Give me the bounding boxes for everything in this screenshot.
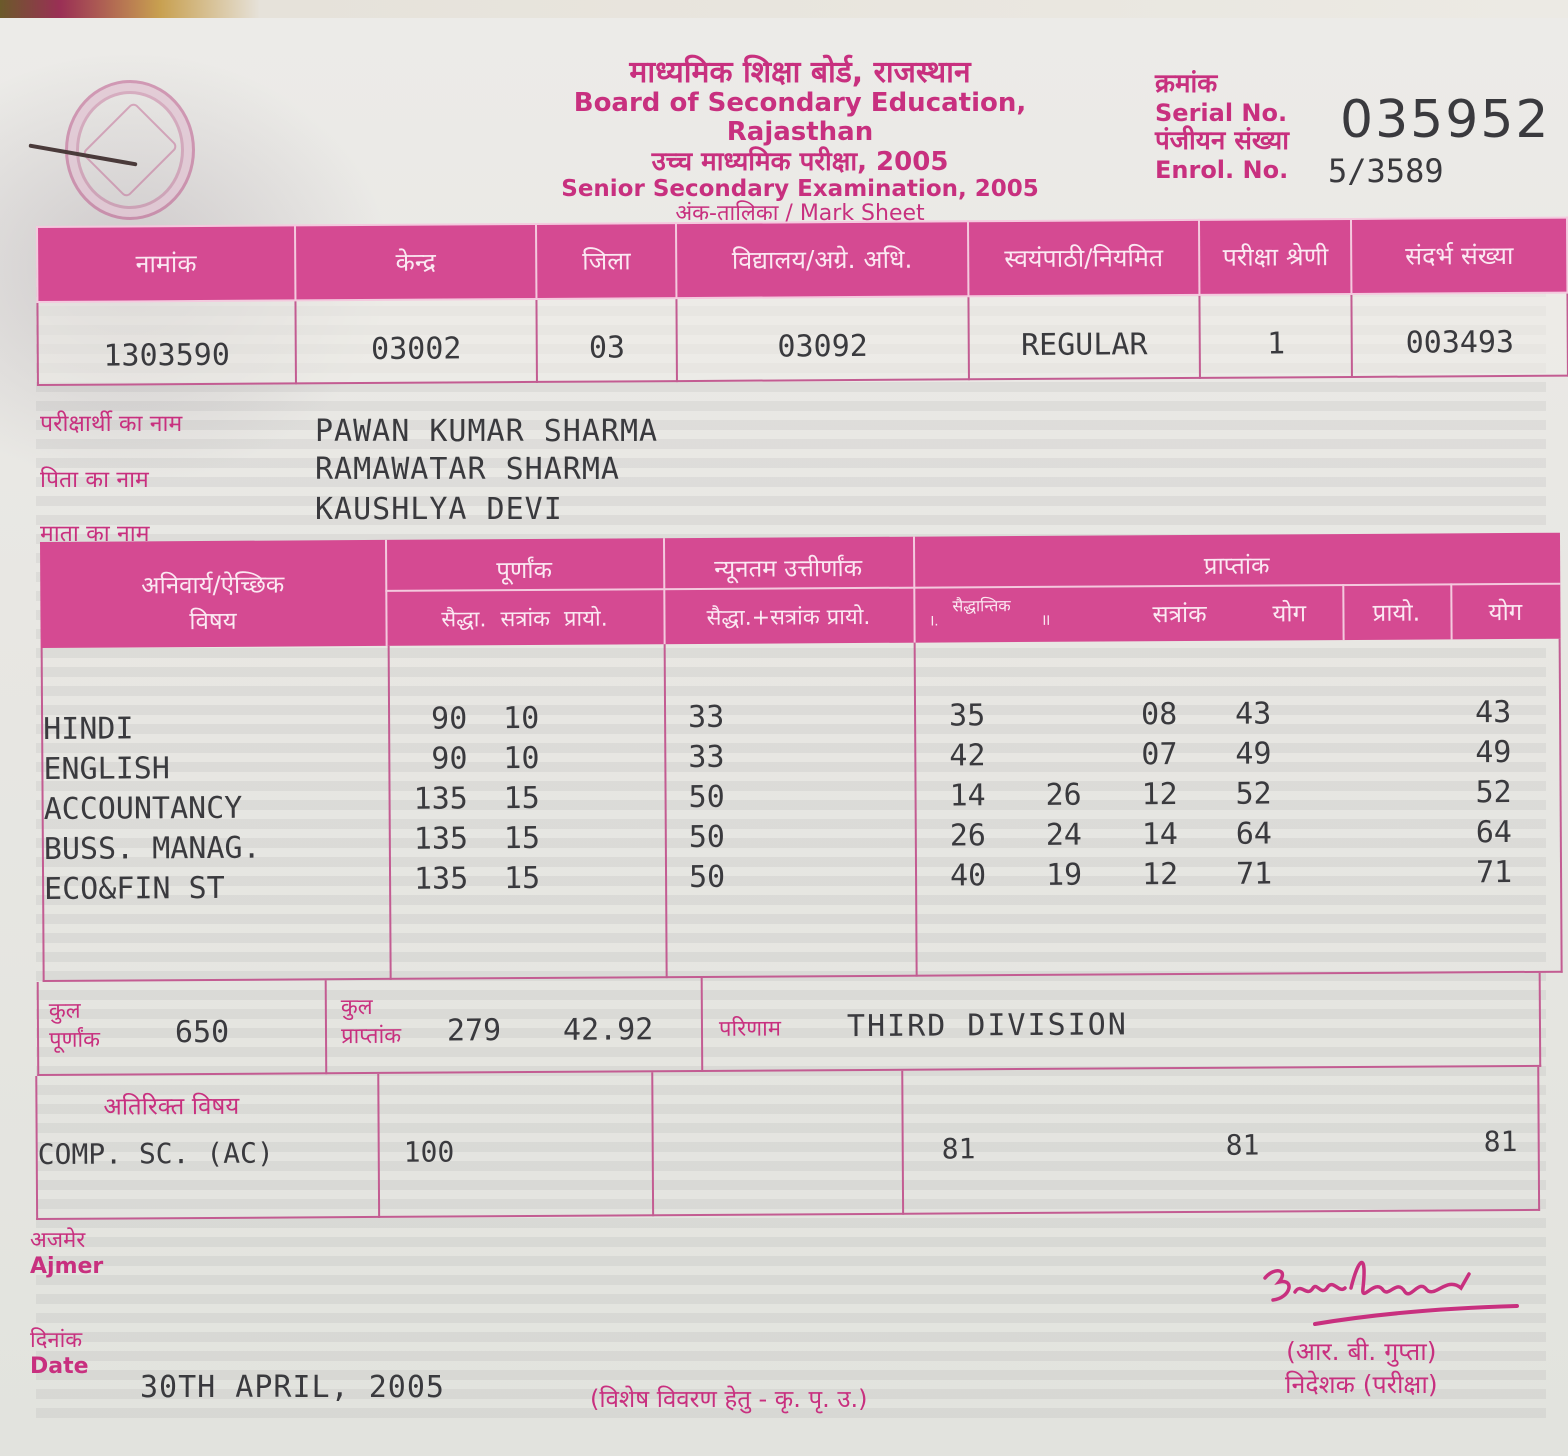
- sessional: 12: [1141, 777, 1177, 812]
- additional-theory: 81: [942, 1132, 976, 1165]
- candidate-name-value: PAWAN KUMAR SHARMA: [315, 414, 658, 449]
- signatory-name: (आर. बी. गुप्ता): [1285, 1336, 1438, 1369]
- centre-value: 03002: [295, 299, 537, 384]
- signatory-block: (आर. बी. गुप्ता) निदेशक (परीक्षा): [1285, 1336, 1438, 1401]
- grand-total: 64: [1476, 815, 1512, 850]
- exam-name-english: Senior Secondary Examination, 2005: [505, 177, 1095, 202]
- issue-date: 30TH APRIL, 2005: [140, 1370, 445, 1405]
- total-max-label-1: कुल: [49, 998, 100, 1027]
- father-name-value: RAMAWATAR SHARMA: [315, 452, 620, 487]
- additional-max-marks: 100: [404, 1135, 455, 1168]
- min-pass: 50: [689, 860, 725, 895]
- enrol-label-hindi: पंजीयन संख्या: [1155, 127, 1289, 157]
- grand-total: 49: [1475, 735, 1511, 770]
- serial-number: 035952: [1340, 90, 1551, 150]
- obtained-marks-header: प्राप्तांक: [913, 547, 1560, 584]
- serial-label-hindi: क्रमांक: [1155, 70, 1289, 100]
- max-theory: 135: [414, 821, 468, 856]
- theory-i-label: I.: [930, 615, 938, 630]
- totals-row: कुल पूर्णांक 650 कुल प्राप्तांक 279 42.9…: [37, 973, 1542, 1076]
- percentage-value: 42.92: [563, 1012, 654, 1048]
- exam-category-header: परीक्षा श्रेणी: [1199, 219, 1351, 295]
- theory-ii: 19: [1046, 858, 1082, 893]
- theory-i: 26: [950, 818, 986, 853]
- theory-i: 35: [949, 698, 985, 733]
- serial-enrol-labels: क्रमांक Serial No. पंजीयन संख्या Enrol. …: [1155, 70, 1289, 185]
- grand-total: 52: [1475, 775, 1511, 810]
- sessional: 12: [1142, 857, 1178, 892]
- serial-label-english: Serial No.: [1155, 100, 1289, 128]
- grand-total: 71: [1476, 855, 1512, 890]
- marks-table: अनिवार्य/ऐच्छिक विषय पूर्णांक सैद्धा. सत…: [40, 533, 1564, 1222]
- signatory-title: निदेशक (परीक्षा): [1285, 1369, 1438, 1402]
- grand-total-label: योग: [1450, 595, 1560, 629]
- subject-name: ENGLISH: [43, 751, 170, 787]
- min-pass-subheader: सैद्धा.+सत्रांक प्रायो.: [663, 601, 913, 633]
- emblem-diamond-icon: [81, 101, 179, 199]
- marks-table-header: अनिवार्य/ऐच्छिक विषय पूर्णांक सैद्धा. सत…: [40, 533, 1561, 648]
- sessional-label: सत्रांक: [1152, 597, 1206, 630]
- district-value: 03: [537, 298, 677, 382]
- marks-table-body: HINDI 90 10 33 35 08 43 43 ENGLISH 90 10…: [41, 639, 1563, 982]
- school-header: विद्यालय/अग्रे. अधि.: [676, 221, 968, 298]
- date-label-hindi: दिनांक: [30, 1328, 89, 1354]
- total-obtained-label-2: प्राप्तांक: [341, 1022, 401, 1051]
- exam-name-hindi: उच्च माध्यमिक परीक्षा, 2005: [505, 148, 1095, 177]
- additional-total: 81: [1226, 1129, 1260, 1162]
- subject-name: BUSS. MANAG.: [44, 831, 261, 867]
- subject-name: ACCOUNTANCY: [44, 791, 243, 827]
- result-value: THIRD DIVISION: [847, 1007, 1128, 1044]
- theory-i: 42: [949, 738, 985, 773]
- result-label: परिणाम: [719, 1015, 781, 1044]
- enrol-label-english: Enrol. No.: [1155, 157, 1289, 185]
- place-english: Ajmer: [30, 1254, 103, 1280]
- theory-ii-label: II: [1042, 614, 1050, 629]
- identity-header-row: नामांक केन्द्र जिला विद्यालय/अग्रे. अधि.…: [37, 218, 1567, 302]
- board-name-hindi: माध्यमिक शिक्षा बोर्ड, राजस्थान: [505, 56, 1095, 89]
- sessional: 08: [1141, 697, 1177, 732]
- place-hindi: अजमेर: [30, 1228, 103, 1254]
- additional-subject-label: अतिरिक्त विषय: [103, 1089, 239, 1123]
- max-marks-subheader: सैद्धा. सत्रांक प्रायो.: [385, 602, 663, 634]
- subject-total: 52: [1235, 776, 1271, 811]
- additional-grand-total: 81: [1484, 1125, 1518, 1158]
- candidate-type-value: REGULAR: [968, 295, 1200, 379]
- subject-header-line1: अनिवार्य/ऐच्छिक: [40, 566, 385, 604]
- total-max-value: 650: [175, 1015, 229, 1050]
- see-overleaf-note: (विशेष विवरण हेतु - कृ. पृ. उ.): [590, 1382, 868, 1415]
- signature-icon: [1255, 1248, 1525, 1338]
- min-pass: 33: [688, 700, 724, 735]
- subject-total: 49: [1235, 736, 1271, 771]
- min-pass: 50: [689, 820, 725, 855]
- date-label-english: Date: [30, 1354, 89, 1380]
- roll-no-value: 1303590: [37, 300, 295, 385]
- max-sessional: 15: [504, 821, 540, 856]
- father-name-label: पिता का नाम: [40, 462, 149, 494]
- board-name-english: Board of Secondary Education, Rajasthan: [505, 89, 1095, 146]
- max-theory: 135: [413, 781, 467, 816]
- total-label: योग: [1272, 596, 1306, 629]
- subject-row: ECO&FIN ST 135 15 50 40 19 12 71 71: [44, 855, 1564, 904]
- subject-total: 71: [1236, 856, 1272, 891]
- theory-ii: 24: [1046, 818, 1082, 853]
- max-sessional: 15: [503, 781, 539, 816]
- subject-name: HINDI: [43, 711, 134, 747]
- centre-header: केन्द्र: [295, 224, 537, 300]
- candidate-name-row: परीक्षार्थी का नाम PAWAN KUMAR SHARMA: [40, 406, 840, 446]
- theory-i: 14: [949, 778, 985, 813]
- max-theory: 90: [431, 741, 467, 776]
- sessional: 14: [1142, 817, 1178, 852]
- identity-value-row: 1303590 03002 03 03092 REGULAR 1 003493: [37, 293, 1567, 385]
- subject-name: ECO&FIN ST: [44, 871, 225, 907]
- candidate-type-header: स्वयंपाठी/नियमित: [968, 220, 1200, 296]
- enrol-number: 5/3589: [1328, 152, 1444, 190]
- subject-total: 64: [1236, 816, 1272, 851]
- candidate-name-label: परीक्षार्थी का नाम: [40, 406, 182, 438]
- additional-subject-row: अतिरिक्त विषय COMP. SC. (AC) 100 81 81 8…: [35, 1067, 1540, 1220]
- total-obtained-value: 279: [447, 1013, 501, 1048]
- theory-i: 40: [950, 858, 986, 893]
- practical-label: प्रायो.: [1342, 595, 1450, 629]
- mark-sheet-document: माध्यमिक शिक्षा बोर्ड, राजस्थान Board of…: [0, 18, 1568, 1456]
- theory-label: सैद्धान्तिक: [952, 594, 1010, 616]
- reference-no-header: संदर्भ संख्या: [1351, 218, 1567, 294]
- reference-no-value: 003493: [1352, 293, 1568, 377]
- additional-subject-name: COMP. SC. (AC): [38, 1137, 274, 1171]
- date-label-block: दिनांक Date: [30, 1328, 89, 1381]
- district-header: जिला: [536, 223, 676, 299]
- subject-header-line2: विषय: [40, 602, 385, 640]
- min-pass-header: न्यूनतम उत्तीर्णांक: [663, 551, 913, 586]
- max-sessional: 15: [504, 861, 540, 896]
- school-value: 03092: [677, 296, 969, 381]
- sessional: 07: [1141, 737, 1177, 772]
- max-marks-header: पूर्णांक: [385, 552, 663, 587]
- total-max-label-2: पूर्णांक: [49, 1026, 100, 1055]
- subject-total: 43: [1235, 696, 1271, 731]
- document-header: माध्यमिक शिक्षा बोर्ड, राजस्थान Board of…: [505, 56, 1095, 226]
- total-obtained-label-1: कुल: [341, 994, 401, 1023]
- min-pass: 50: [688, 780, 724, 815]
- max-theory: 90: [431, 701, 467, 736]
- identity-table: नामांक केन्द्र जिला विद्यालय/अग्रे. अधि.…: [36, 217, 1568, 386]
- max-sessional: 10: [503, 701, 539, 736]
- mother-name-value: KAUSHLYA DEVI: [315, 492, 563, 527]
- place-block: अजमेर Ajmer: [30, 1228, 103, 1281]
- max-sessional: 10: [503, 741, 539, 776]
- theory-ii: 26: [1045, 778, 1081, 813]
- exam-category-value: 1: [1200, 294, 1352, 378]
- roll-no-header: नामांक: [37, 225, 295, 302]
- board-emblem-seal-icon: [65, 80, 195, 220]
- min-pass: 33: [688, 740, 724, 775]
- max-theory: 135: [414, 861, 468, 896]
- grand-total: 43: [1475, 695, 1511, 730]
